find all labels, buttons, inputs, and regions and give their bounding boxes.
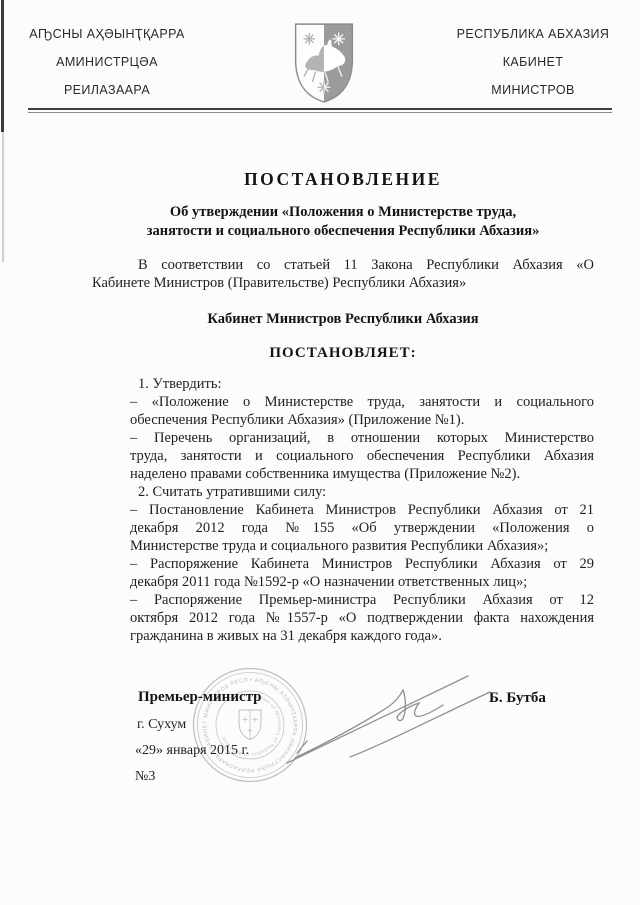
coat-of-arms-icon bbox=[293, 22, 355, 104]
issuing-body-line: Кабинет Министров Республики Абхазия bbox=[92, 311, 594, 328]
header-line: АМИНИСТРЦӘА bbox=[22, 52, 192, 80]
resolution-line: – Перечень организаций, в отношении кото… bbox=[130, 429, 594, 447]
place-line: г. Сухум bbox=[137, 717, 186, 733]
resolution-line: наделено правами собственника имущества … bbox=[130, 465, 594, 483]
document-subject: Об утверждении «Положения о Министерстве… bbox=[92, 203, 594, 241]
resolution-line: – Распоряжение Кабинета Министров Респуб… bbox=[130, 555, 594, 573]
resolution-line: – Постановление Кабинета Министров Респу… bbox=[130, 501, 594, 519]
header-abkhaz-institution-name: АҦСНЫ АҲӘЫНҬҚАРРААМИНИСТРЦӘАРЕИЛАЗААРА bbox=[22, 24, 192, 108]
header-russian-institution-name: РЕСПУБЛИКА АБХАЗИЯКАБИНЕТМИНИСТРОВ bbox=[448, 24, 618, 108]
preamble-line: В соответствии со статьей 11 Закона Респ… bbox=[92, 256, 594, 274]
resolution-line: 1. Утвердить: bbox=[138, 375, 594, 393]
stamp-center-emblem bbox=[239, 710, 261, 740]
resolution-line: труда, занятости и социального обеспечен… bbox=[130, 447, 594, 465]
scan-edge-artifact-fade bbox=[2, 132, 4, 262]
resolution-line: гражданина в живых на 31 декабря каждого… bbox=[130, 627, 594, 645]
preamble-paragraph: В соответствии со статьей 11 Закона Респ… bbox=[92, 256, 594, 292]
preamble-line: Кабинете Министров (Правительстве) Респу… bbox=[92, 274, 594, 292]
header-line: АҦСНЫ АҲӘЫНҬҚАРРА bbox=[22, 24, 192, 52]
date-line: «29» января 2015 г. bbox=[135, 743, 249, 759]
document-title: ПОСТАНОВЛЕНИЕ bbox=[92, 169, 594, 190]
resolution-line: – Распоряжение Премьер-министра Республи… bbox=[130, 591, 594, 609]
header-line: РЕИЛАЗААРА bbox=[22, 80, 192, 108]
resolution-line: декабря 2012 года №155 «Об утверждении «… bbox=[130, 519, 594, 537]
subject-line: занятости и социального обеспечения Респ… bbox=[92, 222, 594, 241]
subject-line: Об утверждении «Положения о Министерстве… bbox=[92, 203, 594, 222]
document-page: АҦСНЫ АҲӘЫНҬҚАРРААМИНИСТРЦӘАРЕИЛАЗААРА Р… bbox=[0, 0, 640, 905]
signer-role: Премьер-министр bbox=[138, 689, 262, 706]
scan-edge-artifact bbox=[1, 0, 4, 132]
resolution-line: Министерстве труда и социального развити… bbox=[130, 537, 594, 555]
resolution-line: обеспечения Республики Абхазия» (Приложе… bbox=[130, 411, 594, 429]
decree-verb-line: ПОСТАНОВЛЯЕТ: bbox=[92, 345, 594, 362]
header-line: РЕСПУБЛИКА АБХАЗИЯ bbox=[448, 24, 618, 52]
header-divider bbox=[28, 108, 612, 113]
header-line: МИНИСТРОВ bbox=[448, 80, 618, 108]
resolution-items: 1. Утвердить:– «Положение о Министерстве… bbox=[92, 375, 594, 645]
signature-icon bbox=[280, 665, 500, 775]
resolution-line: декабря 2011 года №1592-р «О назначении … bbox=[130, 573, 594, 591]
resolution-line: 2. Считать утратившими силу: bbox=[138, 483, 594, 501]
resolution-line: – «Положение о Министерстве труда, занят… bbox=[130, 393, 594, 411]
resolution-line: октября 2012 года №1557-р «О подтвержден… bbox=[130, 609, 594, 627]
document-number: №3 bbox=[135, 769, 155, 785]
header-line: КАБИНЕТ bbox=[448, 52, 618, 80]
